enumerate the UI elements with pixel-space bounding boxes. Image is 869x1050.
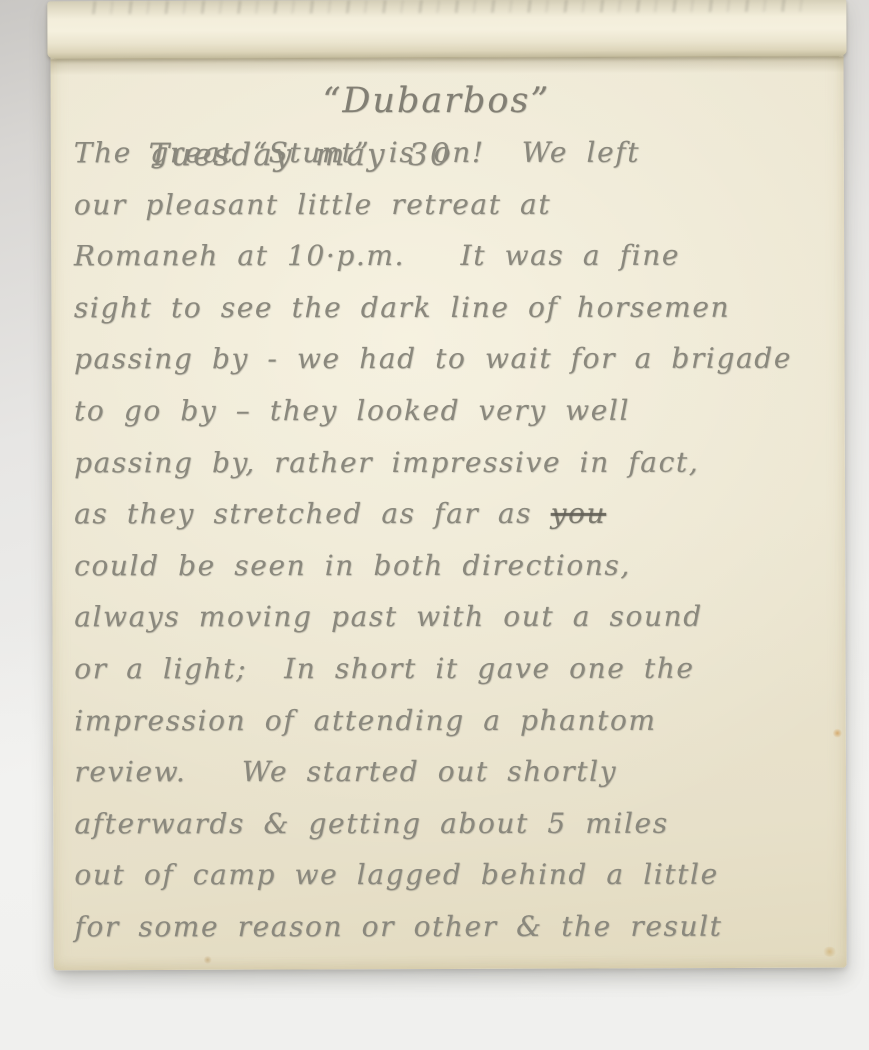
handwriting-line: sight to see the dark line of horsemen [74,290,833,342]
handwriting-line: or a light; In short it gave one the [74,652,833,704]
page-curl [47,0,846,59]
stain-spot [833,729,842,738]
handwriting-line: impression of attending a phantom [74,703,833,755]
handwriting-content: “Dubarbos” Tuesday may 30 The great “Stu… [74,62,834,970]
page-date: Tuesday may 30 [148,137,451,173]
headline: “Dubarbos” Tuesday may 30 [74,62,833,137]
handwriting-line: passing by - we had to wait for a brigad… [74,342,833,394]
page-title: “Dubarbos” [322,81,550,121]
handwriting-line: afterwards & getting about 5 miles [74,806,833,858]
handwriting-line: our pleasant little retreat at [74,187,833,239]
handwriting-line: out of camp we lagged behind a little [74,858,833,910]
handwriting-line: Romaneh at 10·p.m. It was a fine [74,239,833,291]
handwriting-line: review. We started out shortly [74,755,833,807]
handwriting-line: passing by, rather impressive in fact, [74,445,833,497]
struck-word: you [551,497,607,530]
notepad-page: “Dubarbos” Tuesday may 30 The great “Stu… [50,0,846,970]
handwriting-line: could be seen in both directions, [74,548,833,600]
handwriting-line: for some reason or other & the result [74,910,833,962]
ghost-writing [77,0,816,14]
handwriting-line: as they stretched as far as you [74,497,833,549]
handwriting-line: always moving past with out a sound [74,600,833,652]
photo-background: “Dubarbos” Tuesday may 30 The great “Stu… [0,0,869,1050]
handwriting-line: to go by – they looked very well [74,394,833,446]
